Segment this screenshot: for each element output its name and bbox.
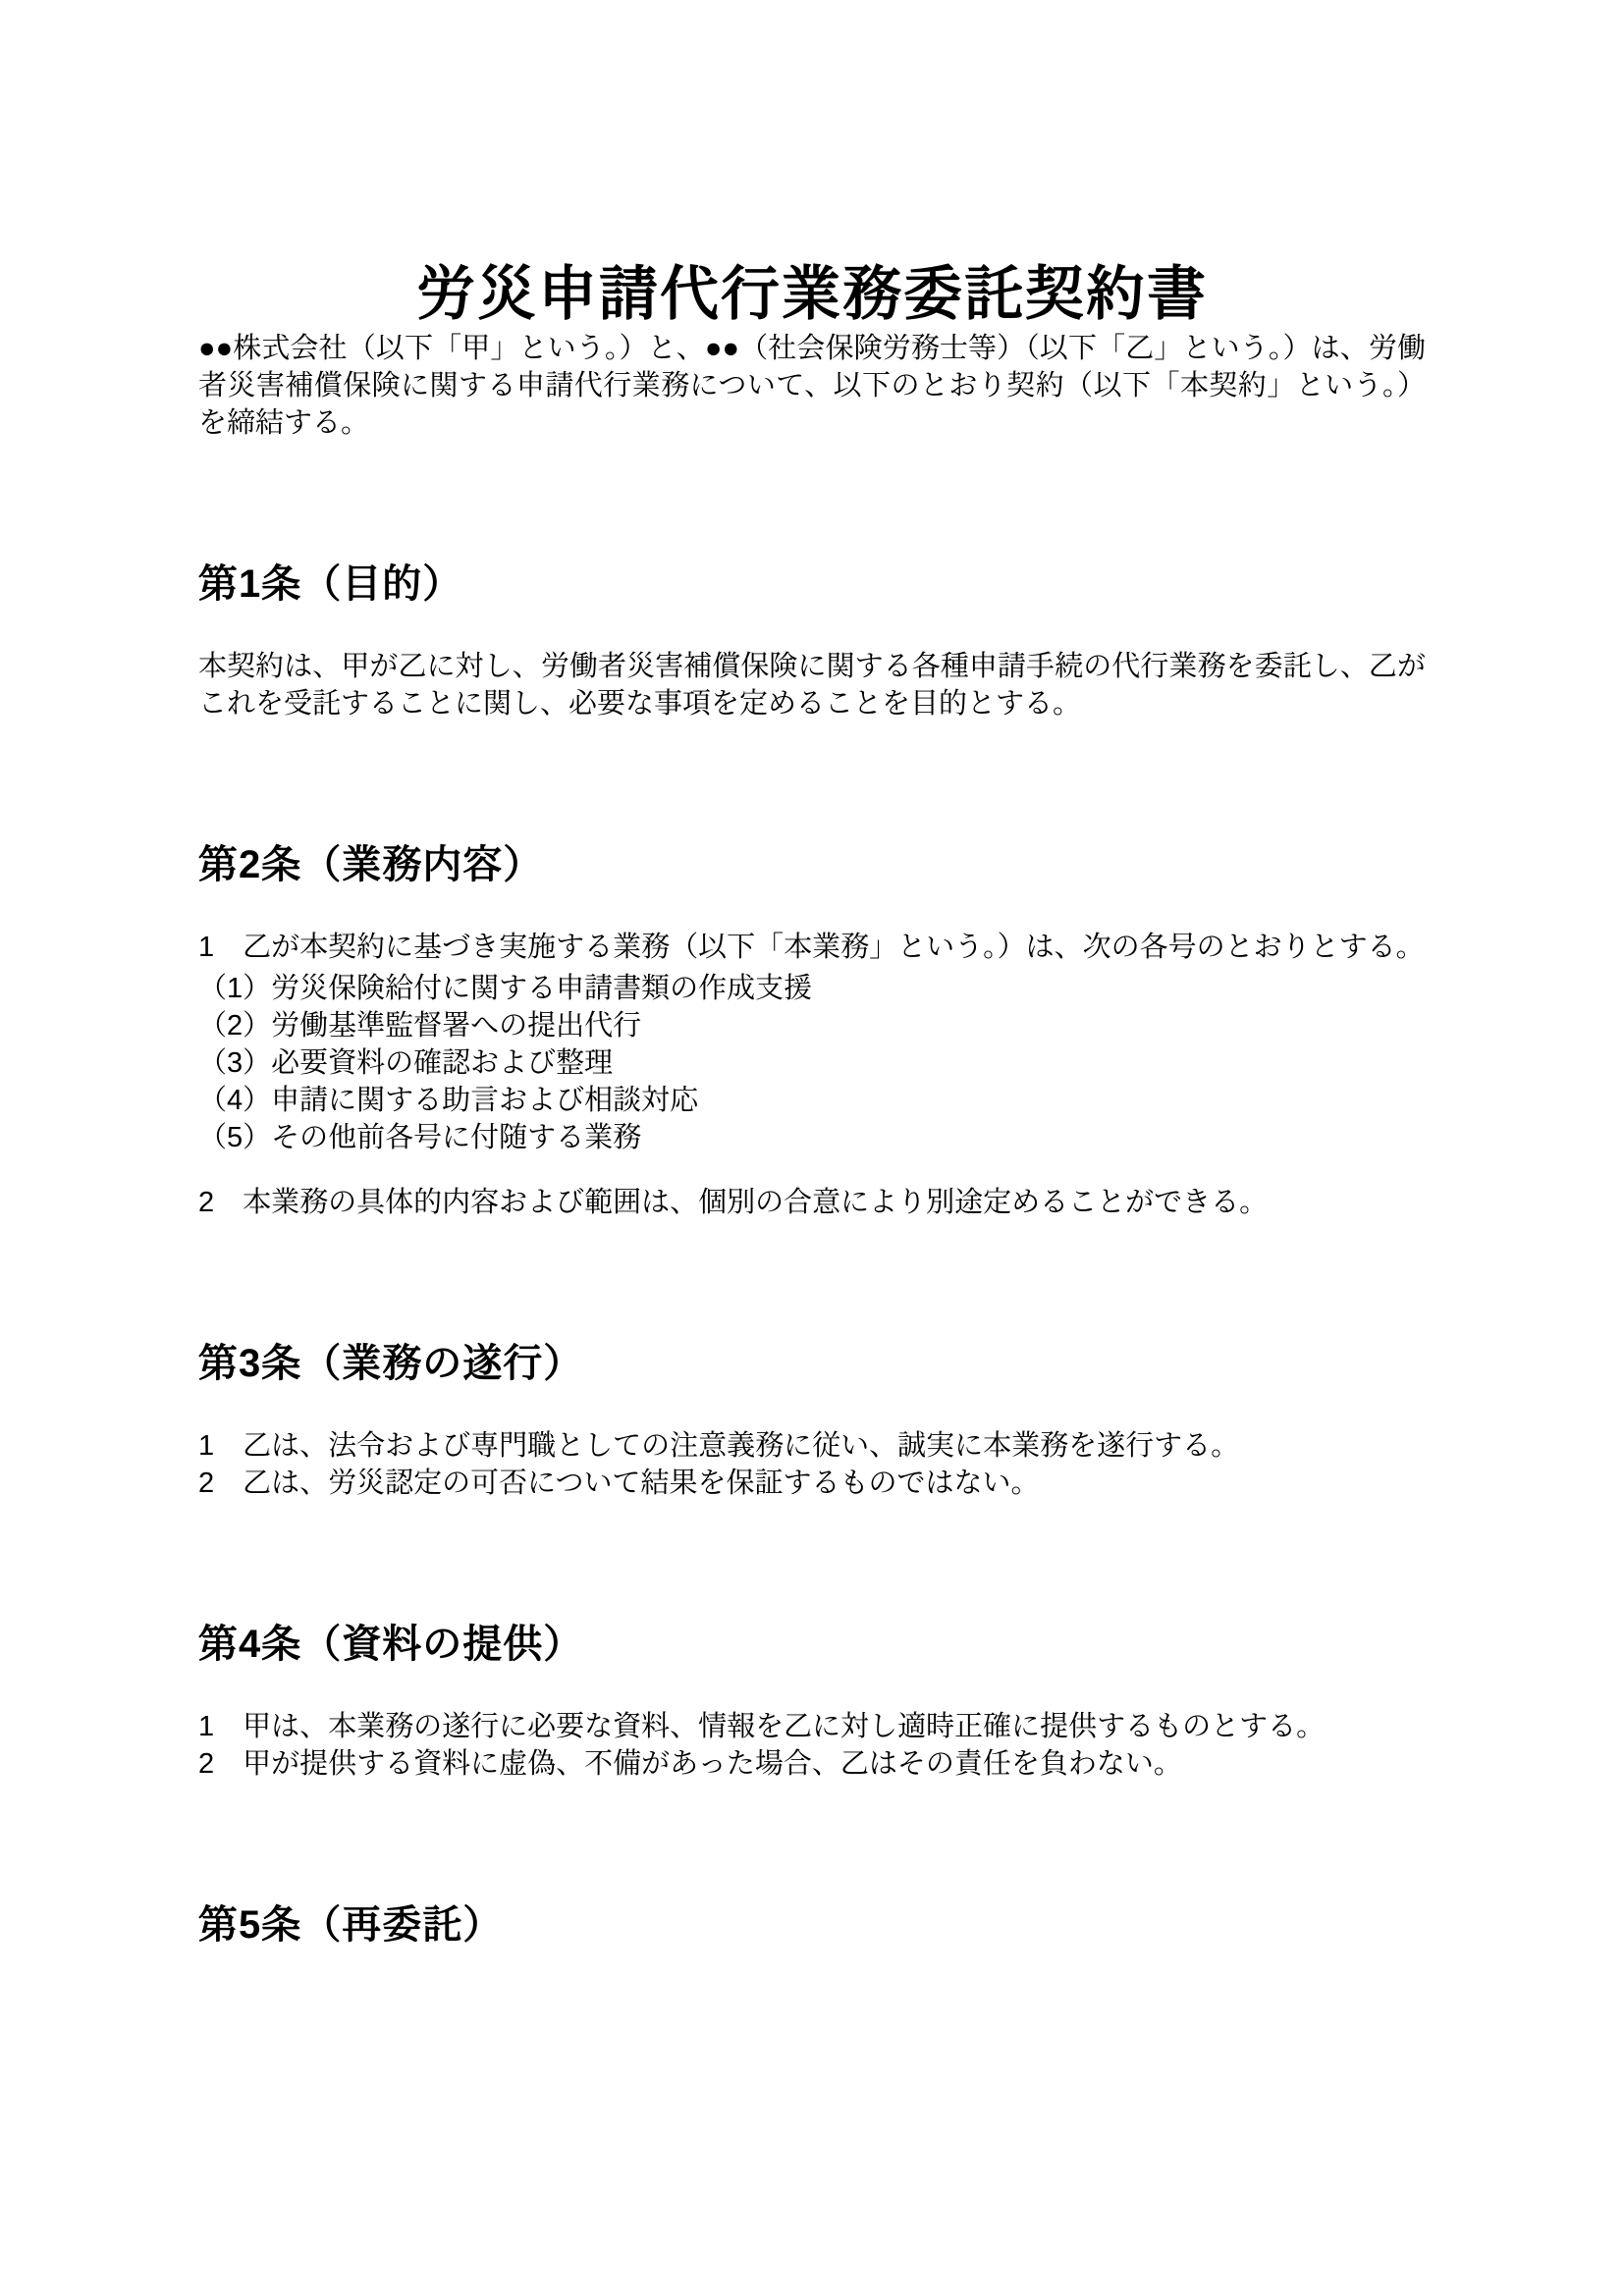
article-1-paragraph: 本契約は、甲が乙に対し、労働者災害補償保険に関する各種申請手続の代行業務を委託し… [198, 648, 1426, 722]
article-2-item-1: （1）労災保険給付に関する申請書類の作成支援 [198, 970, 1426, 1007]
article-5-heading: 第5条（再委託） [198, 1900, 1426, 1949]
article-2-item-2: （2）労働基準監督署への提出代行 [198, 1007, 1426, 1044]
article-5: 第5条（再委託） [198, 1900, 1426, 1949]
article-2-item-4: （4）申請に関する助言および相談対応 [198, 1082, 1426, 1119]
article-4: 第4条（資料の提供） 1 甲は、本業務の遂行に必要な資料、情報を乙に対し適時正確… [198, 1620, 1426, 1783]
article-1: 第1条（目的） 本契約は、甲が乙に対し、労働者災害補償保険に関する各種申請手続の… [198, 560, 1426, 722]
article-2-heading: 第2条（業務内容） [198, 840, 1426, 889]
intro-paragraph: ●●株式会社（以下「甲」という。）と、●●（社会保険労務士等）（以下「乙」という… [198, 330, 1426, 442]
document-title: 労災申請代行業務委託契約書 [198, 259, 1426, 330]
article-2: 第2条（業務内容） 1 乙が本契約に基づき実施する業務（以下「本業務」という。）… [198, 840, 1426, 1221]
article-3-clause-2: 2 乙は、労災認定の可否について結果を保証するものではない。 [198, 1465, 1426, 1502]
article-3: 第3条（業務の遂行） 1 乙は、法令および専門職としての注意義務に従い、誠実に本… [198, 1339, 1426, 1502]
article-2-item-3: （3）必要資料の確認および整理 [198, 1044, 1426, 1082]
article-1-heading: 第1条（目的） [198, 560, 1426, 609]
article-3-heading: 第3条（業務の遂行） [198, 1339, 1426, 1388]
article-2-item-5: （5）その他前各号に付随する業務 [198, 1119, 1426, 1156]
article-2-clause-2: 2 本業務の具体的内容および範囲は、個別の合意により別途定めることができる。 [198, 1184, 1426, 1221]
article-4-clause-2: 2 甲が提供する資料に虚偽、不備があった場合、乙はその責任を負わない。 [198, 1745, 1426, 1783]
document-page: 労災申請代行業務委託契約書 ●●株式会社（以下「甲」という。）と、●●（社会保険… [0, 0, 1624, 2296]
article-2-clause-1: 1 乙が本契約に基づき実施する業務（以下「本業務」という。）は、次の各号のとおり… [198, 929, 1426, 966]
article-4-heading: 第4条（資料の提供） [198, 1620, 1426, 1669]
article-3-clause-1: 1 乙は、法令および専門職としての注意義務に従い、誠実に本業務を遂行する。 [198, 1427, 1426, 1465]
article-4-clause-1: 1 甲は、本業務の遂行に必要な資料、情報を乙に対し適時正確に提供するものとする。 [198, 1708, 1426, 1745]
